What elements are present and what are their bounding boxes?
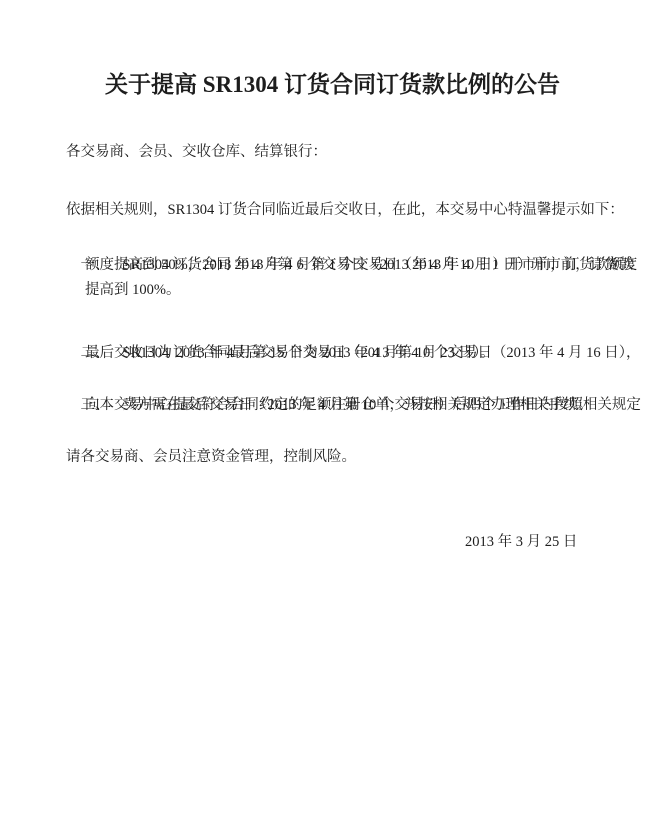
salutation: 各交易商、会员、交收仓库、结算银行： (66, 140, 327, 165)
announcement-page: 关于提高 SR1304 订货合同订货款比例的公告 各交易商、会员、交收仓库、结算… (0, 0, 665, 825)
list-item-1-line-2: 额度提高到 50%，2013 年 4 月第 6 个交易日（2013 年 4 月 … (85, 253, 637, 278)
intro-paragraph: 依据相关规则，SR1304 订货合同临近最后交收日，在此，本交易中心特温馨提示如… (66, 198, 624, 223)
list-item-3-line-2: 向本交易中心提交符合合同约定的足额注册仓单，并按相关规定办理相关手续。 (85, 393, 593, 418)
document-date: 2013 年 3 月 25 日 (465, 530, 577, 555)
list-item-1-line-3: 提高到 100%。 (85, 278, 180, 303)
list-item-2-line-2: 最后交收日为 2013 年 4 月第 15 个交易日（2013 年 4 月 23… (85, 341, 495, 366)
page-title: 关于提高 SR1304 订货合同订货款比例的公告 (0, 69, 665, 101)
closing-note: 请各交易商、会员注意资金管理，控制风险。 (66, 445, 356, 470)
